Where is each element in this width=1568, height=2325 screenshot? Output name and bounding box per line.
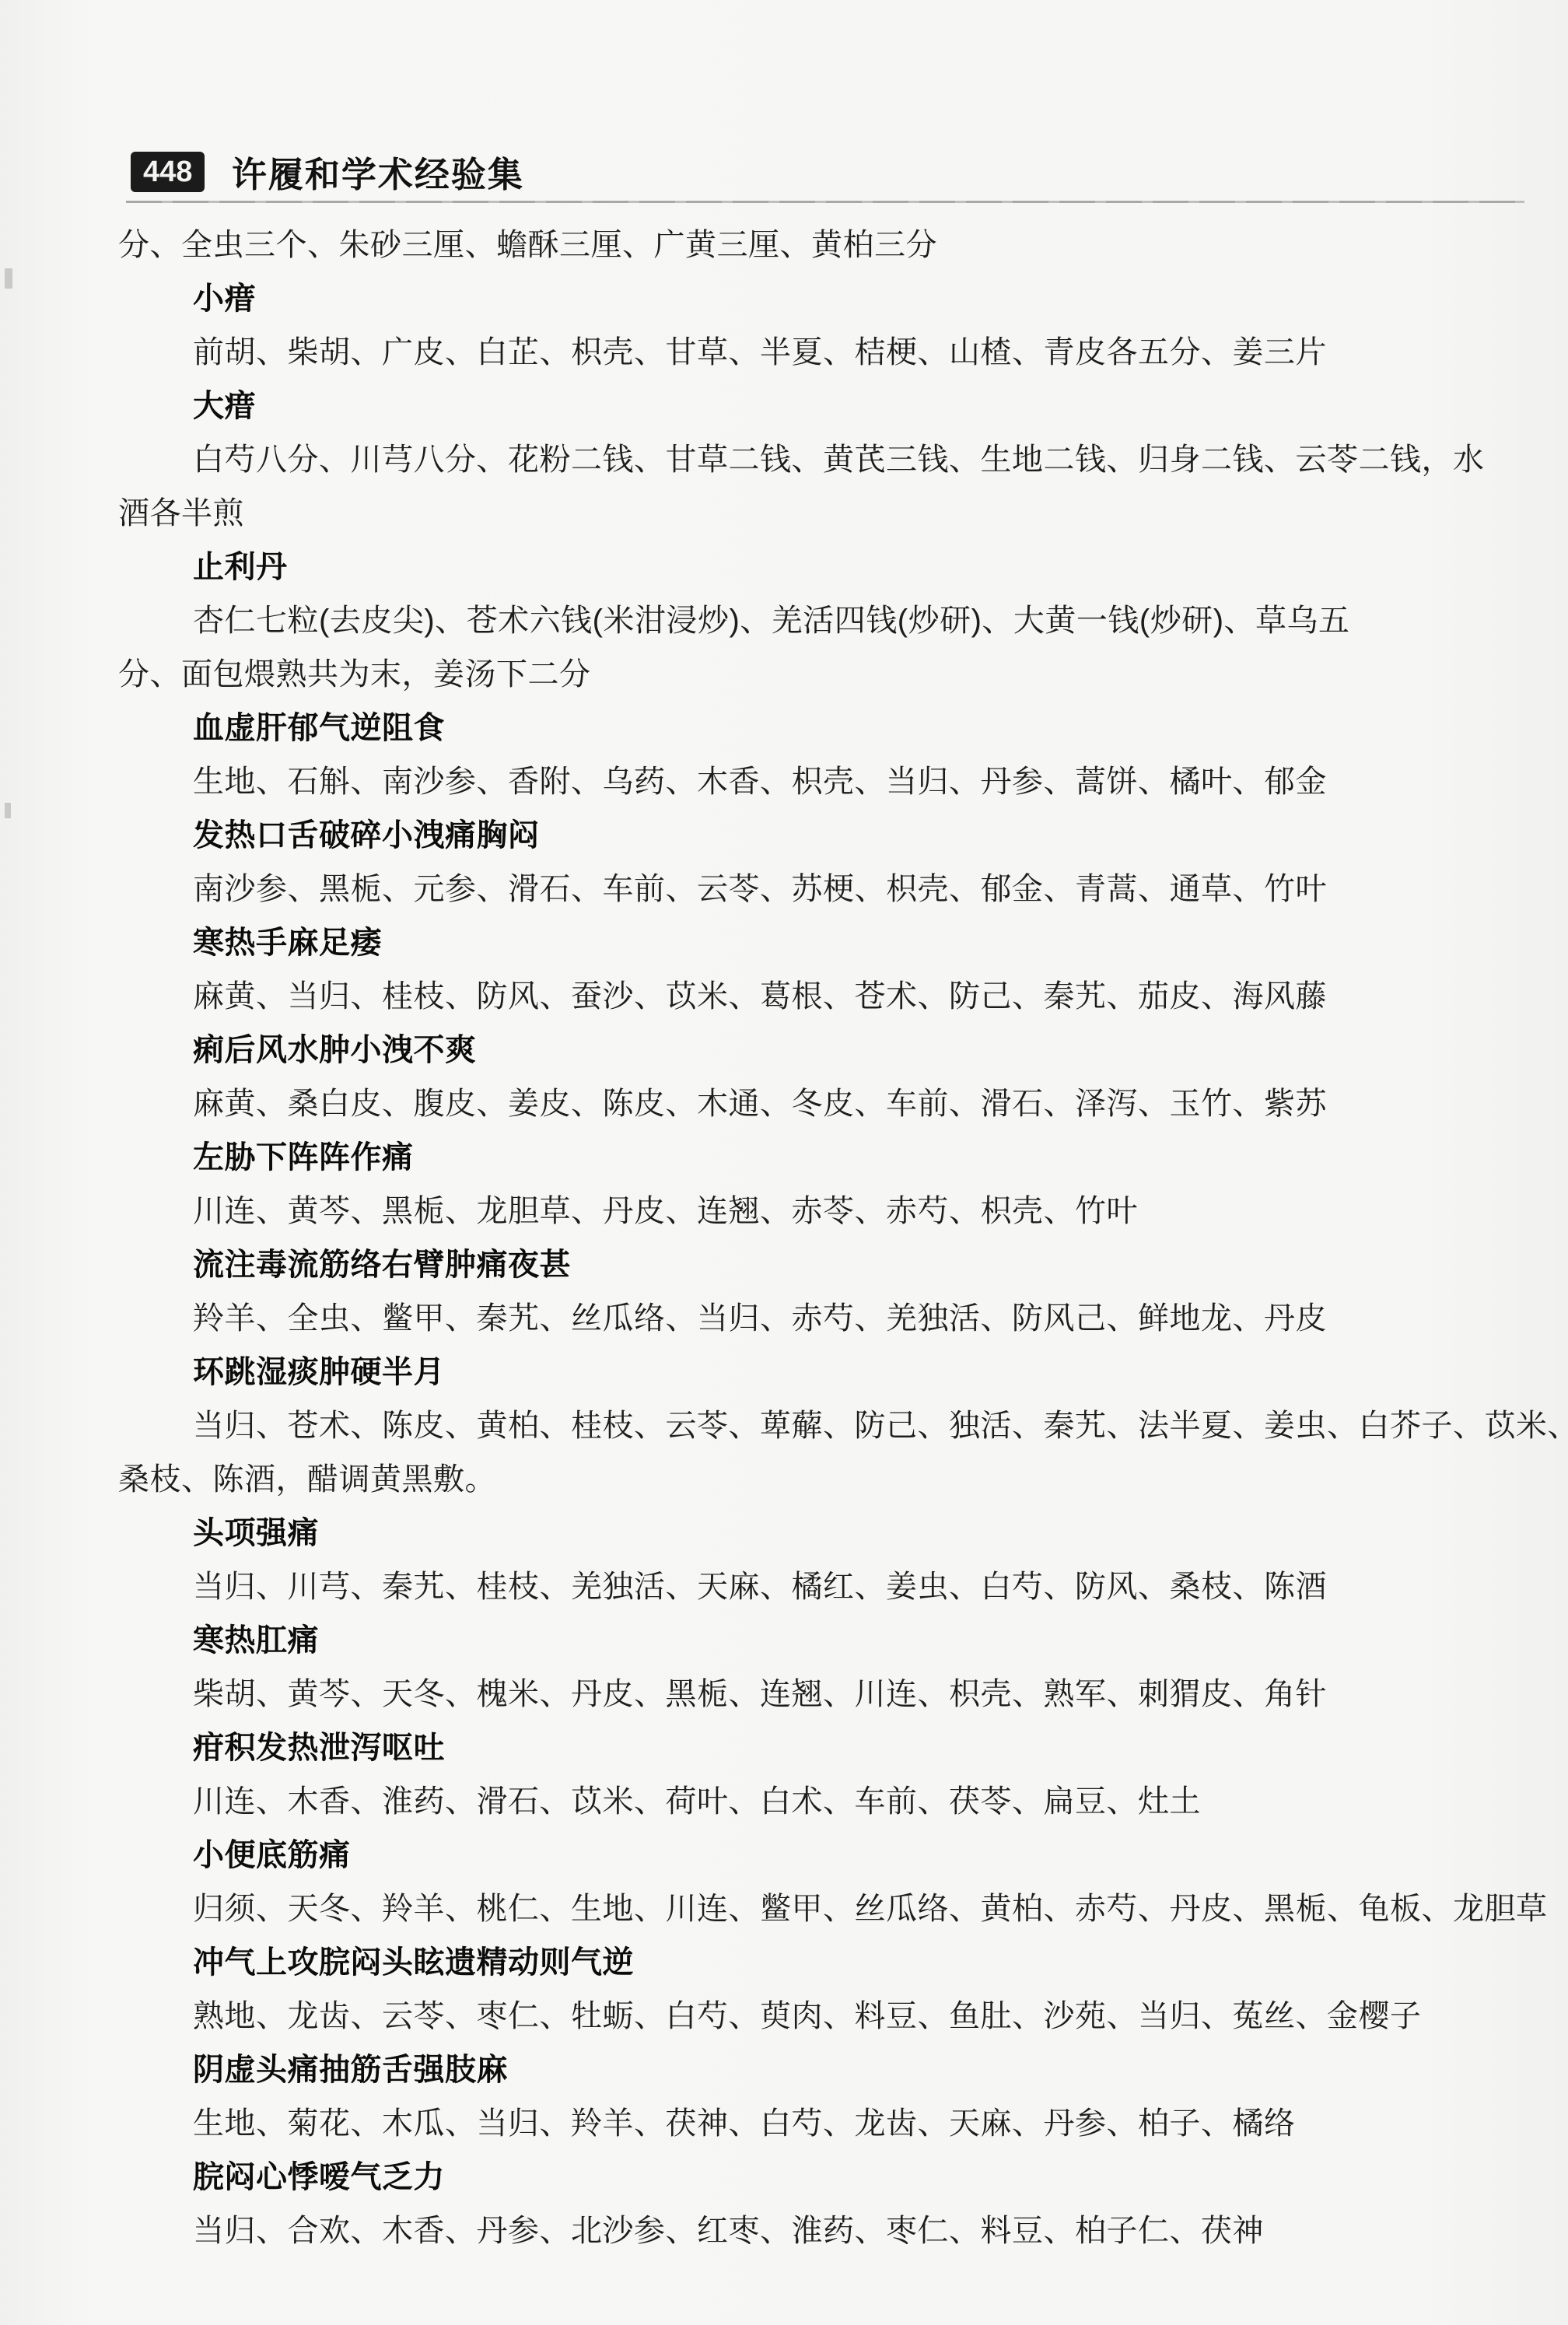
prescription-line: 杏仁七粒(去皮尖)、苍术六钱(米泔浸炒)、羌活四钱(炒研)、大黄一钱(炒研)、草… (118, 594, 1528, 648)
section-heading: 小瘄 (118, 272, 1528, 326)
prescription-line: 川连、黄芩、黑栀、龙胆草、丹皮、连翘、赤苓、赤芍、枳壳、竹叶 (118, 1185, 1528, 1238)
section-heading: 痢后风水肿小洩不爽 (118, 1024, 1528, 1077)
section-heading: 止利丹 (118, 541, 1528, 594)
prescription-line: 川连、木香、淮药、滑石、苡米、荷叶、白术、车前、茯苓、扁豆、灶土 (118, 1775, 1528, 1829)
prescription-line: 南沙参、黑栀、元参、滑石、车前、云苓、苏梗、枳壳、郁金、青蒿、通草、竹叶 (118, 863, 1528, 916)
section-heading: 大瘄 (118, 380, 1528, 433)
section-heading: 疳积发热泄泻呕吐 (118, 1721, 1528, 1775)
scan-artifact (5, 803, 11, 818)
page-header: 448 许履和学术经验集 (131, 146, 524, 191)
prescription-line: 当归、苍术、陈皮、黄柏、桂枝、云苓、萆薢、防己、独活、秦艽、法半夏、姜虫、白芥子… (118, 1399, 1528, 1453)
section-heading: 流注毒流筋络右臂肿痛夜甚 (118, 1238, 1528, 1292)
header-divider (126, 201, 1524, 203)
prescription-line: 分、全虫三个、朱砂三厘、蟾酥三厘、广黄三厘、黄柏三分 (118, 219, 1528, 272)
book-title: 许履和学术经验集 (232, 146, 524, 197)
prescription-line: 生地、石斛、南沙参、香附、乌药、木香、枳壳、当归、丹参、蒿饼、橘叶、郁金 (118, 755, 1528, 809)
prescription-line: 熟地、龙齿、云苓、枣仁、牡蛎、白芍、萸肉、料豆、鱼肚、沙苑、当归、菟丝、金樱子 (118, 1990, 1528, 2043)
prescription-line: 柴胡、黄芩、天冬、槐米、丹皮、黑栀、连翘、川连、枳壳、熟军、刺猬皮、角针 (118, 1668, 1528, 1721)
book-page: 448 许履和学术经验集 分、全虫三个、朱砂三厘、蟾酥三厘、广黄三厘、黄柏三分 … (0, 0, 1568, 2325)
scan-artifact (5, 268, 12, 289)
prescription-line: 麻黄、桑白皮、腹皮、姜皮、陈皮、木通、冬皮、车前、滑石、泽泻、玉竹、紫苏 (118, 1077, 1528, 1131)
prescription-line: 桑枝、陈酒，醋调黄黑敷。 (118, 1453, 1528, 1507)
section-heading: 寒热肛痛 (118, 1614, 1528, 1668)
section-heading: 脘闷心悸嗳气乏力 (118, 2151, 1528, 2204)
prescription-line: 当归、合欢、木香、丹参、北沙参、红枣、淮药、枣仁、料豆、柏子仁、茯神 (118, 2204, 1528, 2258)
prescription-line: 分、面包煨熟共为末，姜汤下二分 (118, 648, 1528, 702)
section-heading: 左胁下阵阵作痛 (118, 1131, 1528, 1185)
prescription-line: 麻黄、当归、桂枝、防风、蚕沙、苡米、葛根、苍术、防己、秦艽、茄皮、海风藤 (118, 970, 1528, 1024)
prescription-line: 前胡、柴胡、广皮、白芷、枳壳、甘草、半夏、桔梗、山楂、青皮各五分、姜三片 (118, 326, 1528, 380)
section-heading: 冲气上攻脘闷头眩遗精动则气逆 (118, 1936, 1528, 1990)
section-heading: 血虚肝郁气逆阻食 (118, 702, 1528, 755)
page-content: 分、全虫三个、朱砂三厘、蟾酥三厘、广黄三厘、黄柏三分 小瘄 前胡、柴胡、广皮、白… (118, 219, 1528, 2258)
prescription-line: 生地、菊花、木瓜、当归、羚羊、茯神、白芍、龙齿、天麻、丹参、柏子、橘络 (118, 2097, 1528, 2151)
page-number-badge: 448 (131, 152, 205, 192)
section-heading: 头项强痛 (118, 1507, 1528, 1560)
section-heading: 环跳湿痰肿硬半月 (118, 1346, 1528, 1399)
section-heading: 发热口舌破碎小洩痛胸闷 (118, 809, 1528, 863)
prescription-line: 白芍八分、川芎八分、花粉二钱、甘草二钱、黄芪三钱、生地二钱、归身二钱、云苓二钱，… (118, 433, 1528, 487)
section-heading: 阴虚头痛抽筋舌强肢麻 (118, 2043, 1528, 2097)
prescription-line: 羚羊、全虫、鳖甲、秦艽、丝瓜络、当归、赤芍、羌独活、防风己、鲜地龙、丹皮 (118, 1292, 1528, 1346)
prescription-line: 归须、天冬、羚羊、桃仁、生地、川连、鳖甲、丝瓜络、黄柏、赤芍、丹皮、黑栀、龟板、… (118, 1882, 1528, 1936)
section-heading: 寒热手麻足痿 (118, 916, 1528, 970)
prescription-line: 酒各半煎 (118, 487, 1528, 541)
prescription-line: 当归、川芎、秦艽、桂枝、羌独活、天麻、橘红、姜虫、白芍、防风、桑枝、陈酒 (118, 1560, 1528, 1614)
section-heading: 小便底筋痛 (118, 1829, 1528, 1882)
